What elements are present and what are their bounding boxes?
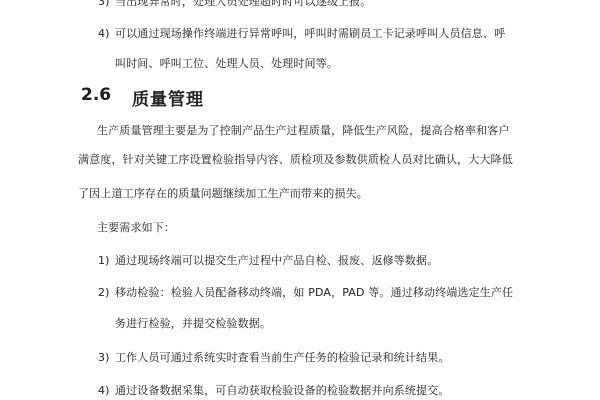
list-item-text: 当出现异常时，处理人员处理超时时可以逐级上报。 [115,0,371,9]
section-number: 2.6 [81,85,111,105]
list-item-text: 通过设备数据采集，可自动获取检验设备的检验数据并向系统提交。 [115,383,450,398]
list-item-text: 工作人员可通过系统实时查看当前生产任务的检验记录和统计结果。 [115,350,450,365]
list-marker: 3) [98,350,110,365]
requirements-label-text: 主要需求如下： [97,220,175,235]
list-marker: 4) [98,26,110,41]
list-item-text: 叫时间、呼叫工位、处理人员、处理时间等。 [115,56,338,71]
list-item-text: 通过现场终端可以提交生产过程中产品自检、报废、返修等数据。 [115,253,438,268]
list-marker: 2) [98,285,110,300]
list-item-text: 移动检验：检验人员配备移动终端，如 PDA，PAD 等。通过移动终端选定生产任 [115,285,513,300]
list-marker: 1) [98,253,110,268]
list-item-text: 可以通过现场操作终端进行异常呼叫，呼叫时需刷员工卡记录呼叫人员信息、呼 [115,26,505,41]
document-page: 3) 当出现异常时，处理人员处理超时时可以逐级上报。 4) 可以通过现场操作终端… [0,0,600,400]
list-item-text: 务进行检验，并提交检验数据。 [115,316,271,331]
list-marker: 3) [98,0,110,9]
paragraph-text: 生产质量管理主要是为了控制产品生产过程质量，降低生产风险，提高合格率和客户 [97,123,510,138]
paragraph-text: 了因上道工序存在的质量问题继续加工生产而带来的损失。 [78,186,368,201]
paragraph-text: 满意度，针对关键工序设置检验指导内容、质检项及参数供质检人员对比确认，大大降低 [78,152,513,167]
list-marker: 4) [98,383,110,398]
section-title: 质量管理 [132,85,204,110]
